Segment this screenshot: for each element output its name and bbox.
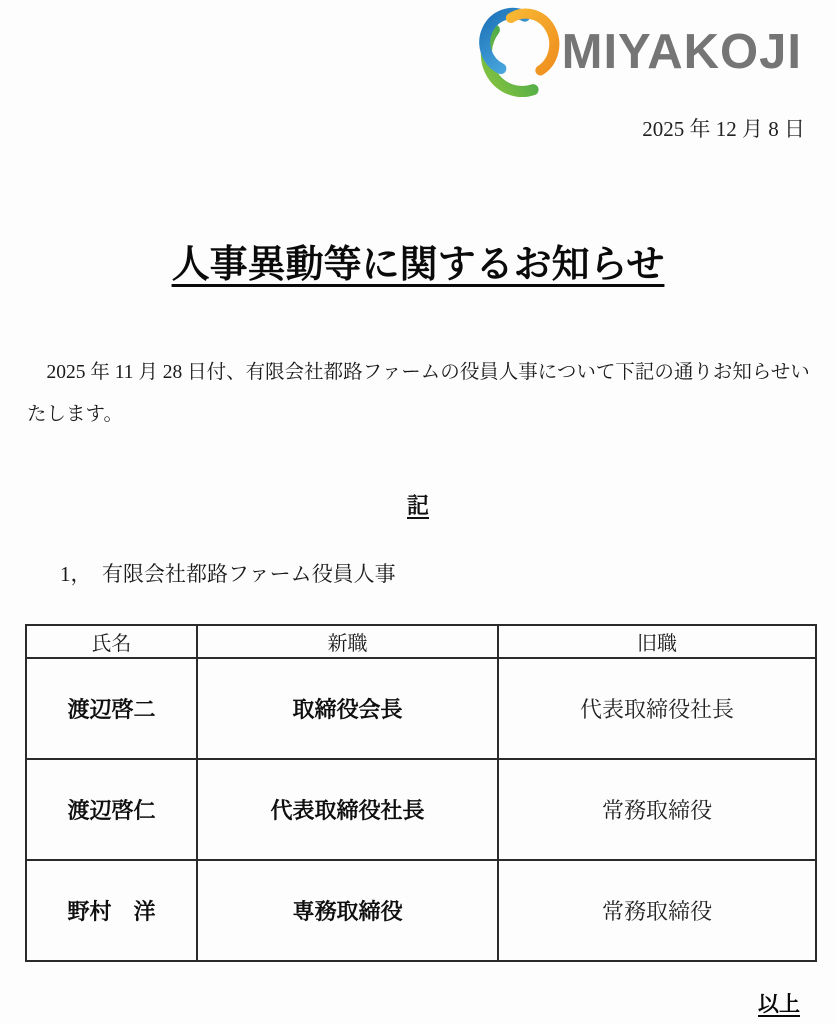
- table-header-new-position: 新職: [197, 625, 498, 658]
- notice-document-page: MIYAKOJI 2025 年 12 月 8 日 人事異動等に関するお知らせ 2…: [0, 0, 836, 1024]
- table-header-name: 氏名: [26, 625, 197, 658]
- table-row: 渡辺啓二 取締役会長 代表取締役社長: [26, 658, 816, 759]
- cell-name: 野村 洋: [26, 860, 197, 961]
- cell-name: 渡辺啓二: [26, 658, 197, 759]
- cell-new-position: 専務取締役: [197, 860, 498, 961]
- cell-old-position: 代表取締役社長: [498, 658, 816, 759]
- body-paragraph: 2025 年 11 月 28 日付、有限会社都路ファームの役員人事について下記の…: [27, 352, 811, 436]
- closing-marker: 以上: [758, 988, 800, 1018]
- table-row: 野村 洋 専務取締役 常務取締役: [26, 860, 816, 961]
- personnel-table: 氏名 新職 旧職 渡辺啓二 取締役会長 代表取締役社長 渡辺啓仁 代表取締役社長…: [25, 624, 817, 962]
- document-date: 2025 年 12 月 8 日: [642, 113, 805, 143]
- table-row: 渡辺啓仁 代表取締役社長 常務取締役: [26, 759, 816, 860]
- cell-new-position: 取締役会長: [197, 658, 498, 759]
- table-header-row: 氏名 新職 旧職: [26, 625, 816, 658]
- cell-new-position: 代表取締役社長: [197, 759, 498, 860]
- list-item-personnel: 1， 有限会社都路ファーム役員人事: [60, 558, 396, 588]
- cell-name: 渡辺啓仁: [26, 759, 197, 860]
- page-title: 人事異動等に関するお知らせ: [0, 233, 836, 288]
- company-logo: MIYAKOJI: [474, 6, 802, 98]
- company-logo-text: MIYAKOJI: [562, 6, 802, 98]
- table-header-old-position: 旧職: [498, 625, 816, 658]
- cell-old-position: 常務取締役: [498, 759, 816, 860]
- ki-marker: 記: [0, 489, 836, 520]
- miyakoji-swirl-icon: [474, 6, 570, 98]
- cell-old-position: 常務取締役: [498, 860, 816, 961]
